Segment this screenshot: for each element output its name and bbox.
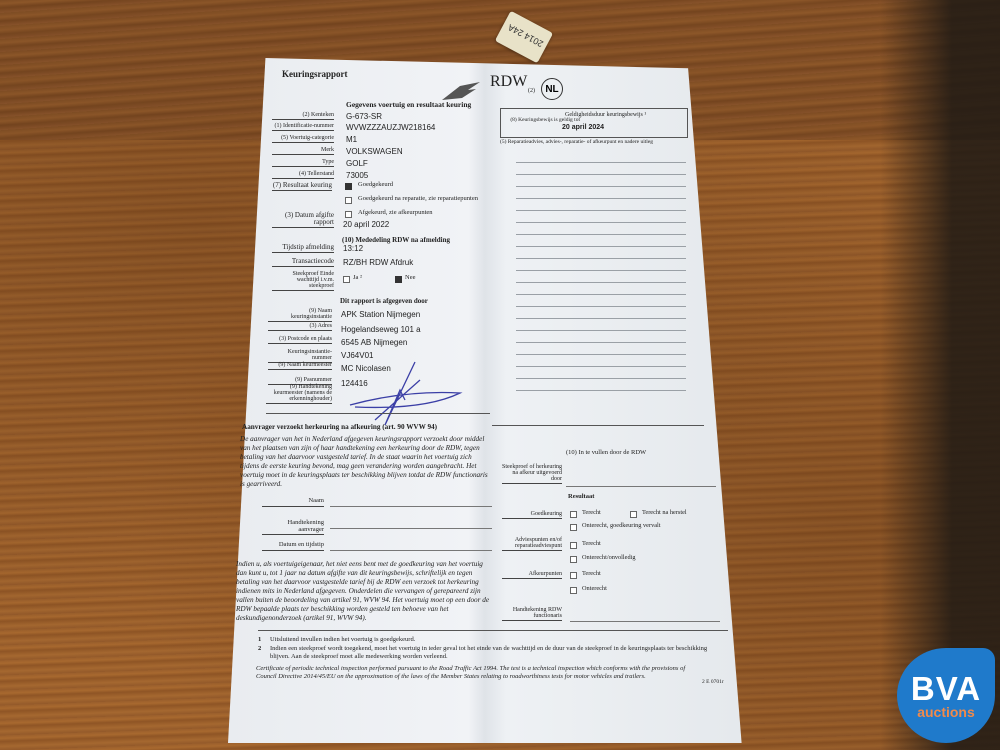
inspection-report-sheet (228, 58, 763, 743)
dark-background-edge (880, 0, 1000, 750)
bva-sub: auctions (917, 705, 975, 719)
bva-brand: BVA (911, 672, 981, 705)
bva-auctions-logo: BVA auctions (897, 648, 995, 743)
